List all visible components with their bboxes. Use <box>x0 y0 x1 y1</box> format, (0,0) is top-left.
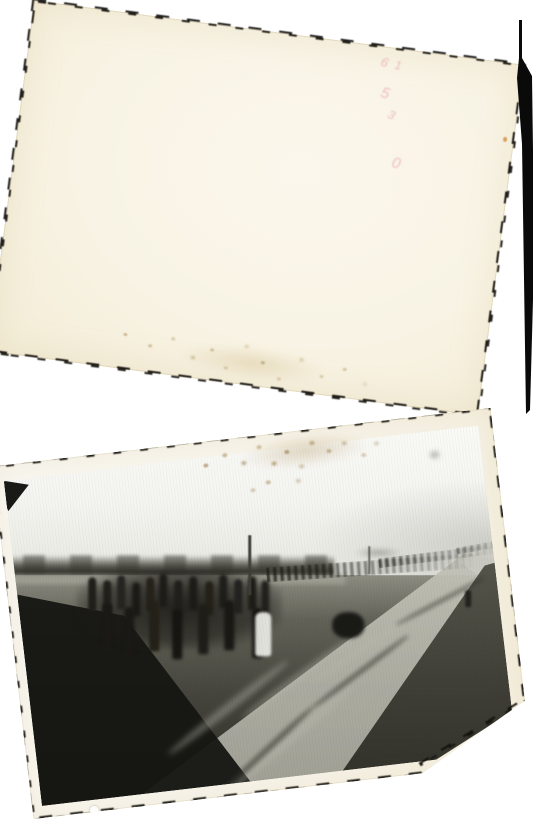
deckle-edge-left <box>0 0 36 352</box>
pencil-marks: 6 1 5 3 0 <box>358 49 434 186</box>
photo-back: 6 1 5 3 0 <box>0 0 524 415</box>
pencil-mark: 3 <box>386 107 398 123</box>
lone-figure <box>465 590 471 607</box>
cart-silhouette <box>332 612 364 638</box>
stain-dot <box>503 137 508 142</box>
photo-front <box>0 408 532 819</box>
telegraph-pole <box>248 535 251 595</box>
scan-shadow-wedge <box>516 20 533 420</box>
stain-cluster <box>115 322 384 402</box>
light-coated-figure <box>255 612 271 656</box>
pencil-mark: 6 <box>379 54 391 71</box>
pencil-mark: 1 <box>394 58 403 73</box>
telegraph-pole <box>368 546 370 574</box>
marching-figures <box>102 603 112 653</box>
edge-notch <box>89 805 99 815</box>
pencil-mark: 0 <box>390 154 403 173</box>
deckle-edge-top <box>33 0 525 67</box>
marching-figures <box>88 577 96 611</box>
pencil-mark: 5 <box>379 84 392 103</box>
deckle-edge-right <box>476 64 526 417</box>
scan-canvas: 6 1 5 3 0 <box>0 0 533 825</box>
